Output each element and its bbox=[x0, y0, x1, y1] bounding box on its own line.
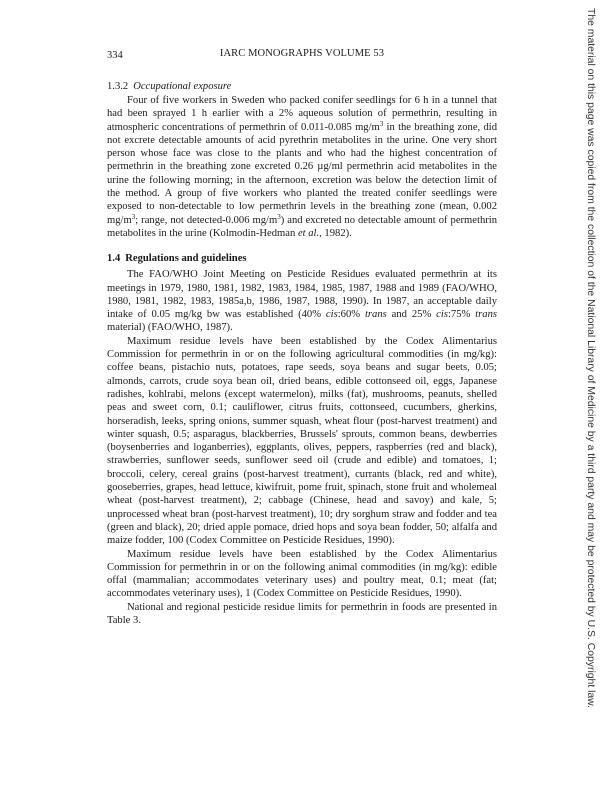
paragraph-agricultural-mrl: Maximum residue levels have been establi… bbox=[107, 335, 497, 548]
text-run: ; range, not detected-0.006 mg/m bbox=[135, 215, 277, 226]
paragraph-occupational-exposure: Four of five workers in Sweden who packe… bbox=[107, 94, 497, 240]
running-title: IARC MONOGRAPHS VOLUME 53 bbox=[107, 48, 497, 59]
page-header: 334 IARC MONOGRAPHS VOLUME 53 bbox=[107, 50, 497, 66]
section-title: Regulations and guidelines bbox=[125, 253, 246, 264]
section-title: Occupational exposure bbox=[133, 81, 231, 92]
text-run-italic: cis bbox=[326, 309, 338, 320]
text-run: material) (FAO/WHO, 1987). bbox=[107, 322, 233, 333]
section-number: 1.4 bbox=[107, 253, 120, 264]
text-run: in the breathing zone, did not excrete d… bbox=[107, 122, 497, 226]
section-number: 1.3.2 bbox=[107, 81, 128, 92]
paragraph-national-limits: National and regional pesticide residue … bbox=[107, 601, 497, 628]
text-run-italic: cis bbox=[436, 309, 448, 320]
page-body: 1.3.2Occupational exposure Four of five … bbox=[107, 80, 497, 627]
copyright-notice: The material on this page was copied fro… bbox=[583, 8, 597, 628]
paragraph-animal-mrl: Maximum residue levels have been establi… bbox=[107, 548, 497, 601]
text-run: :60% bbox=[338, 309, 365, 320]
text-run: :75% bbox=[448, 309, 475, 320]
paragraph-fao-who: The FAO/WHO Joint Meeting on Pesticide R… bbox=[107, 268, 497, 334]
section-heading-occupational-exposure: 1.3.2Occupational exposure bbox=[107, 80, 497, 94]
text-run-italic: trans bbox=[475, 309, 497, 320]
text-run-italic: trans bbox=[365, 309, 387, 320]
text-run: and 25% bbox=[387, 309, 436, 320]
text-run-italic: et al. bbox=[298, 228, 319, 239]
section-heading-regulations: 1.4Regulations and guidelines bbox=[107, 252, 497, 266]
text-run: , 1982). bbox=[319, 228, 352, 239]
